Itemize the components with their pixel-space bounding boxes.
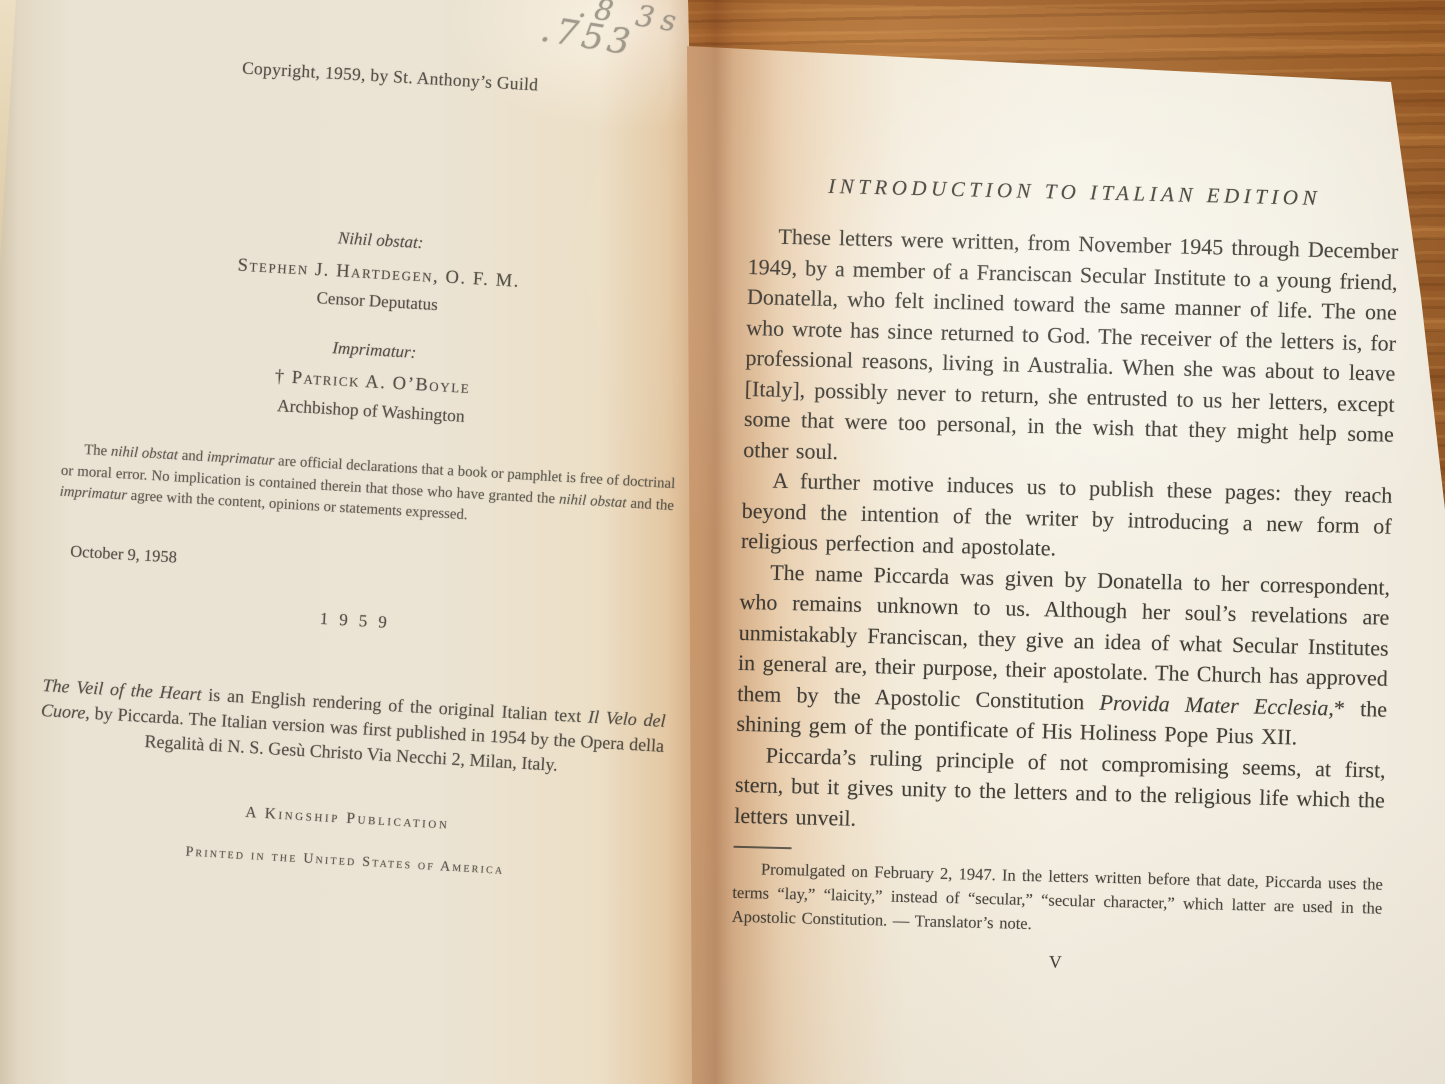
publisher-line: A Kingship Publication	[33, 791, 661, 845]
footnote-divider	[734, 846, 792, 849]
edition-note-paragraph: The Veil of the Heart is an English rend…	[39, 673, 666, 784]
declaration-paragraph: The nihil obstat and imprimatur are offi…	[59, 439, 676, 539]
intro-paragraph-1: These letters were written, from Novembe…	[743, 221, 1399, 481]
intro-paragraph-2: A further motive induces us to publish t…	[741, 465, 1393, 572]
intro-paragraph-4: Piccarda’s ruling principle of not compr…	[734, 739, 1386, 846]
footnote-text: Promulgated on February 2, 1947. In the …	[732, 857, 1384, 945]
copyright-year: 1959	[45, 593, 673, 649]
intro-paragraph-3: The name Piccarda was given by Donatella…	[736, 556, 1390, 755]
right-page-content: INTRODUCTION TO ITALIAN EDITION These le…	[731, 92, 1402, 981]
book-photo-scene: Copyright, 1959, by St. Anthony’s Guild …	[0, 0, 1445, 1084]
chapter-title: INTRODUCTION TO ITALIAN EDITION	[749, 172, 1399, 213]
left-page-content: Copyright, 1959, by St. Anthony’s Guild …	[31, 36, 705, 887]
imprimatur-date: October 9, 1958	[70, 541, 676, 596]
